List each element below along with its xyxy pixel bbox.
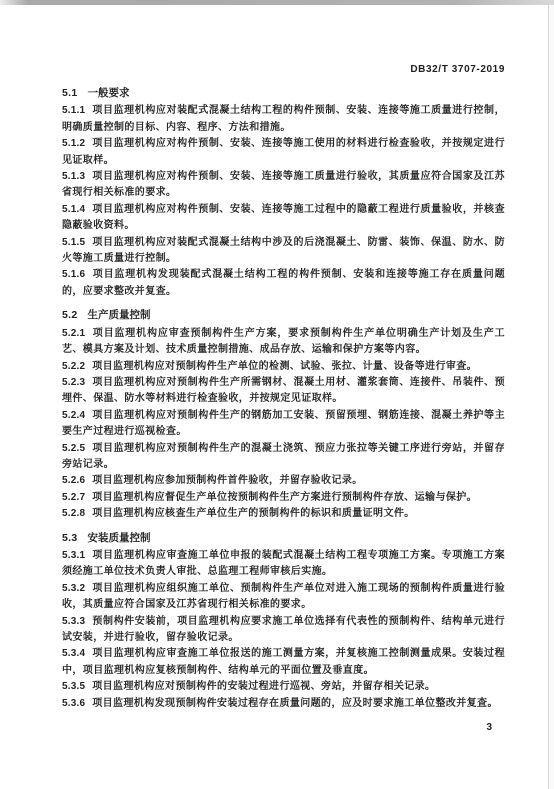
clause-text: 项目监理机构发现预制构件安装过程存在质量问题的，应及时要求施工单位整改并复查。 xyxy=(92,698,498,709)
clause: 5.2.3项目监理机构应对预制构件生产所需钢材、混凝土用材、灌浆套筒、连接件、吊… xyxy=(62,375,505,408)
clause-number: 5.3.5 xyxy=(62,681,85,692)
clause-text: 项目监理机构应审查预制构件生产方案，要求预制构件生产单位明确生产计划及生产工艺、… xyxy=(62,328,505,355)
clause-number: 5.1.5 xyxy=(62,237,85,248)
clause-text: 项目监理机构应对构件预制、安装、连接等施工过程中的隐蔽工程进行质量验收，并核查隐… xyxy=(62,204,505,231)
section-general-requirements: 5.1一般要求 5.1.1项目监理机构应对装配式混凝土结构工程的构件预制、安装、… xyxy=(62,85,505,300)
clause-text: 项目监理机构应参加预制构件首件验收，并留存验收记录。 xyxy=(92,475,362,486)
clause: 5.3.5项目监理机构应对预制构件的安装过程进行巡视、旁站，并留存相关记录。 xyxy=(62,679,505,695)
clause-number: 5.1.2 xyxy=(62,138,85,149)
clause: 5.1.6项目监理机构发现装配式混凝土结构工程的构件预制、安装和连接等施工存在质… xyxy=(62,267,505,300)
page-number: 3 xyxy=(0,722,492,733)
section-heading: 5.1一般要求 xyxy=(62,85,505,101)
clause-number: 5.1.1 xyxy=(62,105,85,116)
clause-number: 5.2.6 xyxy=(62,475,85,486)
clause-text: 项目监理机构应对预制构件生产所需钢材、混凝土用材、灌浆套筒、连接件、吊装件、预埋… xyxy=(62,377,505,404)
section-heading: 5.2生产质量控制 xyxy=(62,307,505,323)
clause-text: 项目监理机构发现装配式混凝土结构工程的构件预制、安装和连接等施工存在质量问题的，… xyxy=(62,269,505,296)
clause: 5.2.1项目监理机构应审查预制构件生产方案，要求预制构件生产单位明确生产计划及… xyxy=(62,326,505,359)
section-number: 5.2 xyxy=(62,309,78,321)
clause-text: 项目监理机构应组织施工单位、预制构件生产单位对进入施工现场的预制构件质量进行验收… xyxy=(62,583,505,610)
clause: 5.2.2项目监理机构应对预制构件生产单位的检测、试验、张拉、计量、设备等进行审… xyxy=(62,359,505,375)
clause: 5.3.4项目监理机构应审查施工单位报送的施工测量方案，并复核施工控制测量成果。… xyxy=(62,646,505,679)
clause-number: 5.3.3 xyxy=(62,616,85,627)
clause-text: 项目监理机构应审查施工单位申报的装配式混凝土结构工程专项施工方案。专项施工方案须… xyxy=(62,550,505,577)
clause-number: 5.1.3 xyxy=(62,171,85,182)
clause-text: 项目监理机构应对构件预制、安装、连接等施工使用的材料进行检查验收，并按规定进行见… xyxy=(62,138,505,165)
clause: 5.2.6项目监理机构应参加预制构件首件验收，并留存验收记录。 xyxy=(62,473,505,489)
clause: 5.2.8项目监理机构应核查生产单位生产的预制构件的标识和质量证明文件。 xyxy=(62,506,505,522)
clause-number: 5.2.3 xyxy=(62,377,85,388)
clause-number: 5.1.6 xyxy=(62,269,85,280)
clause: 5.2.7项目监理机构应督促生产单位按预制构件生产方案进行预制构件存放、运输与保… xyxy=(62,490,505,506)
clause-number: 5.3.1 xyxy=(62,550,85,561)
document-content: DB32/T 3707-2019 5.1一般要求 5.1.1项目监理机构应对装配… xyxy=(62,64,505,712)
page-right-edge-line xyxy=(548,5,549,789)
clause-text: 项目监理机构应审查施工单位报送的施工测量方案，并复核施工控制测量成果。安装过程中… xyxy=(62,648,505,675)
clause: 5.3.2项目监理机构应组织施工单位、预制构件生产单位对进入施工现场的预制构件质… xyxy=(62,581,505,614)
clause-number: 5.2.4 xyxy=(62,410,85,421)
clause-text: 项目监理机构应核查生产单位生产的预制构件的标识和质量证明文件。 xyxy=(92,508,414,519)
clause: 5.2.5项目监理机构应对预制构件生产的混凝土浇筑、预应力张拉等关键工序进行旁站… xyxy=(62,441,505,474)
clause-text: 项目监理机构应对构件预制、安装、连接等施工质量进行验收，其质量应符合国家及江苏省… xyxy=(62,171,505,198)
clause-number: 5.2.7 xyxy=(62,492,85,503)
clause-number: 5.2.1 xyxy=(62,328,85,339)
clause: 5.3.3预制构件安装前，项目监理机构应要求施工单位选择有代表性的预制构件、结构… xyxy=(62,614,505,647)
clause-number: 5.2.8 xyxy=(62,508,85,519)
clause: 5.1.3项目监理机构应对构件预制、安装、连接等施工质量进行验收，其质量应符合国… xyxy=(62,169,505,202)
clause-text: 项目监理机构应对预制构件生产的混凝土浇筑、预应力张拉等关键工序进行旁站，并留存旁… xyxy=(62,443,505,470)
page-top-edge-shadow xyxy=(0,0,554,5)
clause-number: 5.1.4 xyxy=(62,204,85,215)
clause-text: 项目监理机构应对装配式混凝土结构工程的构件预制、安装、连接等施工质量进行控制，明… xyxy=(62,105,505,132)
section-title: 一般要求 xyxy=(88,87,130,99)
clause-text: 项目监理机构应对装配式混凝土结构中涉及的后浇混凝土、防雷、装饰、保温、防水、防火… xyxy=(62,237,505,264)
clause: 5.1.2项目监理机构应对构件预制、安装、连接等施工使用的材料进行检查验收，并按… xyxy=(62,136,505,169)
clause-number: 5.2.5 xyxy=(62,443,85,454)
clause-text: 预制构件安装前，项目监理机构应要求施工单位选择有代表性的预制构件、结构单元进行试… xyxy=(62,616,505,643)
section-title: 生产质量控制 xyxy=(88,309,151,321)
clause-text: 项目监理机构应对预制构件生产单位的检测、试验、张拉、计量、设备等进行审查。 xyxy=(92,361,477,372)
clause: 5.1.4项目监理机构应对构件预制、安装、连接等施工过程中的隐蔽工程进行质量验收… xyxy=(62,202,505,235)
clause: 5.3.6项目监理机构发现预制构件安装过程存在质量问题的，应及时要求施工单位整改… xyxy=(62,696,505,712)
section-number: 5.1 xyxy=(62,87,78,99)
clause: 5.1.1项目监理机构应对装配式混凝土结构工程的构件预制、安装、连接等施工质量进… xyxy=(62,103,505,136)
clause: 5.1.5项目监理机构应对装配式混凝土结构中涉及的后浇混凝土、防雷、装饰、保温、… xyxy=(62,235,505,268)
section-title: 安装质量控制 xyxy=(88,532,151,544)
section-number: 5.3 xyxy=(62,532,78,544)
clause-number: 5.3.4 xyxy=(62,648,85,659)
clause-number: 5.3.2 xyxy=(62,583,85,594)
clause-number: 5.3.6 xyxy=(62,698,85,709)
clause-text: 项目监理机构应对预制构件的安装过程进行巡视、旁站，并留存相关记录。 xyxy=(92,681,435,692)
clause: 5.3.1项目监理机构应审查施工单位申报的装配式混凝土结构工程专项施工方案。专项… xyxy=(62,548,505,581)
document-page: DB32/T 3707-2019 5.1一般要求 5.1.1项目监理机构应对装配… xyxy=(0,0,554,789)
clause-number: 5.2.2 xyxy=(62,361,85,372)
section-installation-quality-control: 5.3安装质量控制 5.3.1项目监理机构应审查施工单位申报的装配式混凝土结构工… xyxy=(62,530,505,712)
clause: 5.2.4项目监理机构应对预制构件生产的钢筋加工安装、预留预埋、钢筋连接、混凝土… xyxy=(62,408,505,441)
section-heading: 5.3安装质量控制 xyxy=(62,530,505,546)
standard-code: DB32/T 3707-2019 xyxy=(62,64,505,76)
page-right-gutter xyxy=(549,5,554,789)
section-production-quality-control: 5.2生产质量控制 5.2.1项目监理机构应审查预制构件生产方案，要求预制构件生… xyxy=(62,307,505,522)
clause-text: 项目监理机构应督促生产单位按预制构件生产方案进行预制构件存放、运输与保护。 xyxy=(92,492,477,503)
clause-text: 项目监理机构应对预制构件生产的钢筋加工安装、预留预埋、钢筋连接、混凝土养护等主要… xyxy=(62,410,505,437)
